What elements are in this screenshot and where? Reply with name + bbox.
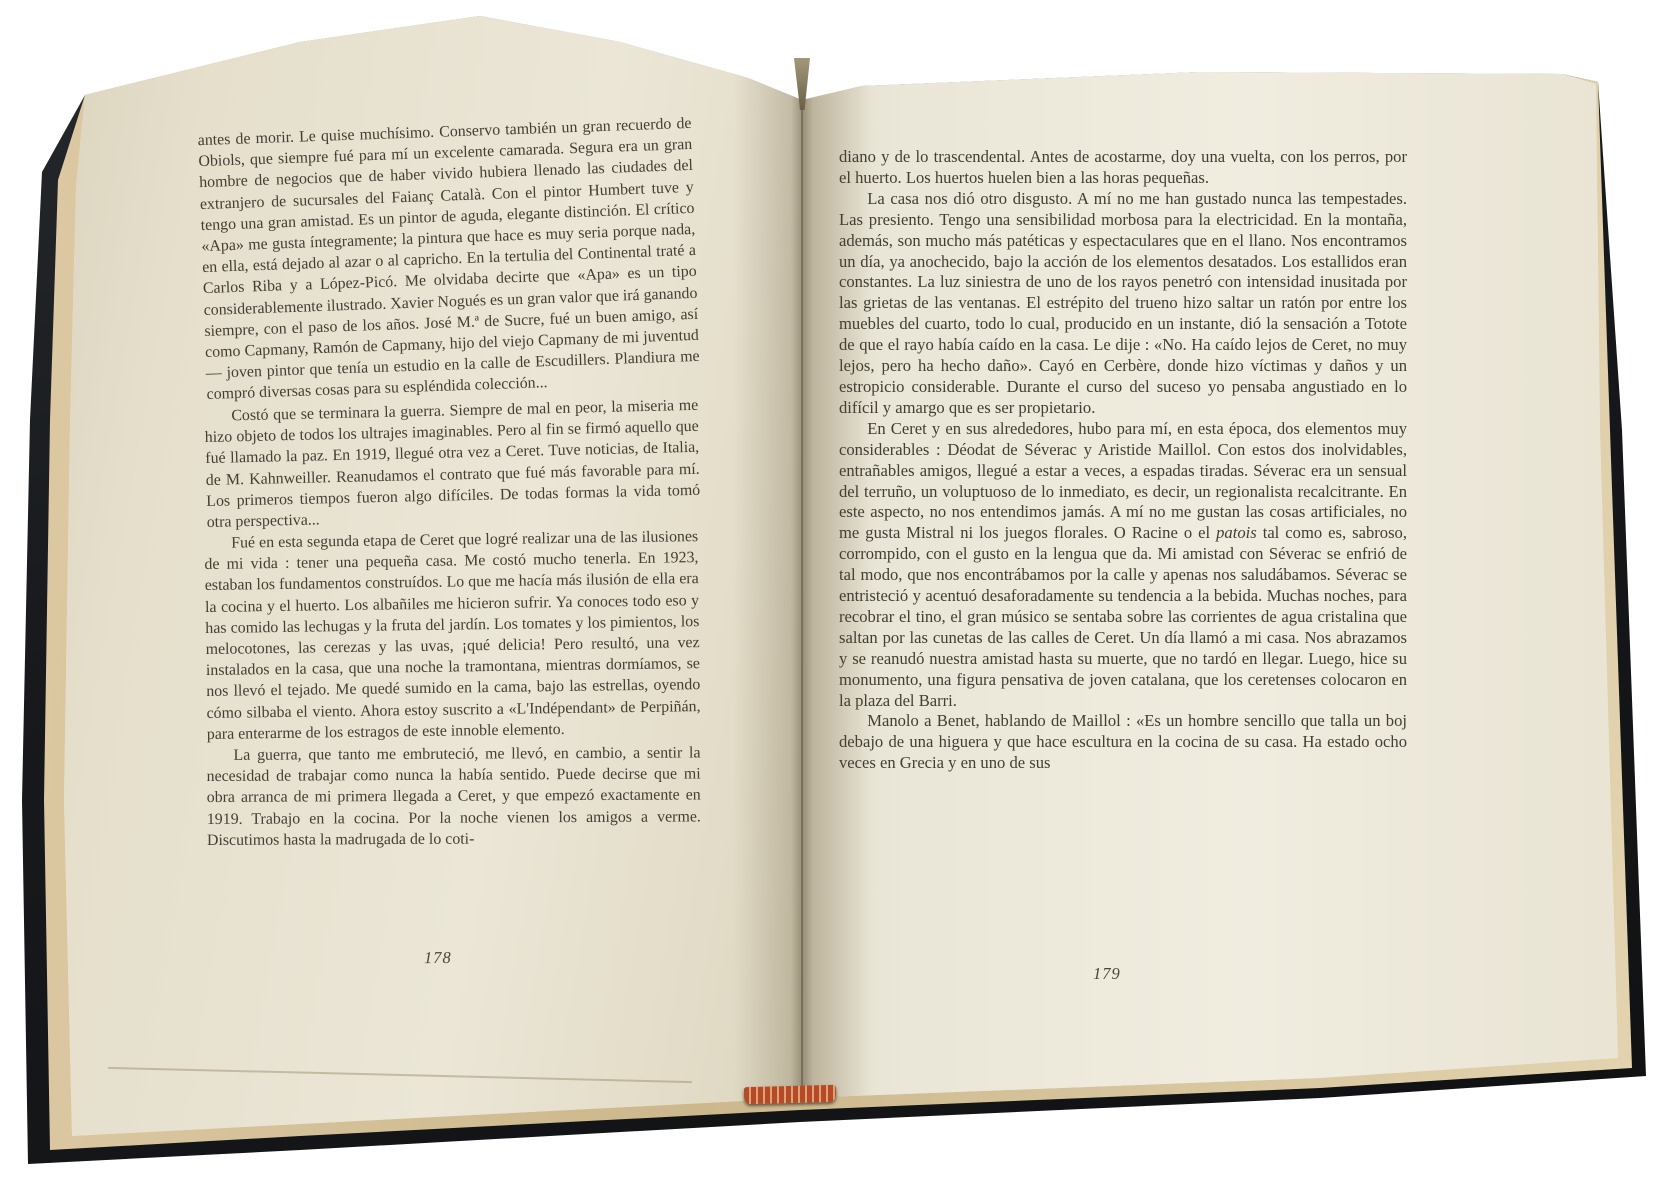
left-page-number: 178 (424, 948, 452, 968)
paragraph: Costó que se terminara la guerra. Siempr… (204, 394, 701, 532)
paragraph: diano y de lo trascendental. Antes de ac… (839, 147, 1407, 189)
paragraph: En Ceret y en sus alrededores, hubo para… (839, 419, 1407, 712)
right-page-number: 179 (1093, 964, 1121, 984)
spine-headband (744, 1085, 836, 1104)
paragraph: antes de morir. Le quise muchísimo. Cons… (197, 113, 700, 406)
paragraph: Manolo a Benet, hablando de Maillol : «E… (839, 711, 1407, 774)
paragraph: La casa nos dió otro disgusto. A mí no m… (839, 189, 1407, 419)
right-page-text: diano y de lo trascendental. Antes de ac… (839, 147, 1407, 774)
spine-crease (801, 96, 803, 1096)
paragraph: Fué en esta segunda etapa de Ceret que l… (204, 526, 701, 745)
book-photo: antes de morir. Le quise muchísimo. Cons… (0, 0, 1660, 1200)
paragraph: La guerra, que tanto me embruteció, me l… (206, 742, 701, 851)
left-page-text: antes de morir. Le quise muchísimo. Cons… (207, 130, 701, 851)
